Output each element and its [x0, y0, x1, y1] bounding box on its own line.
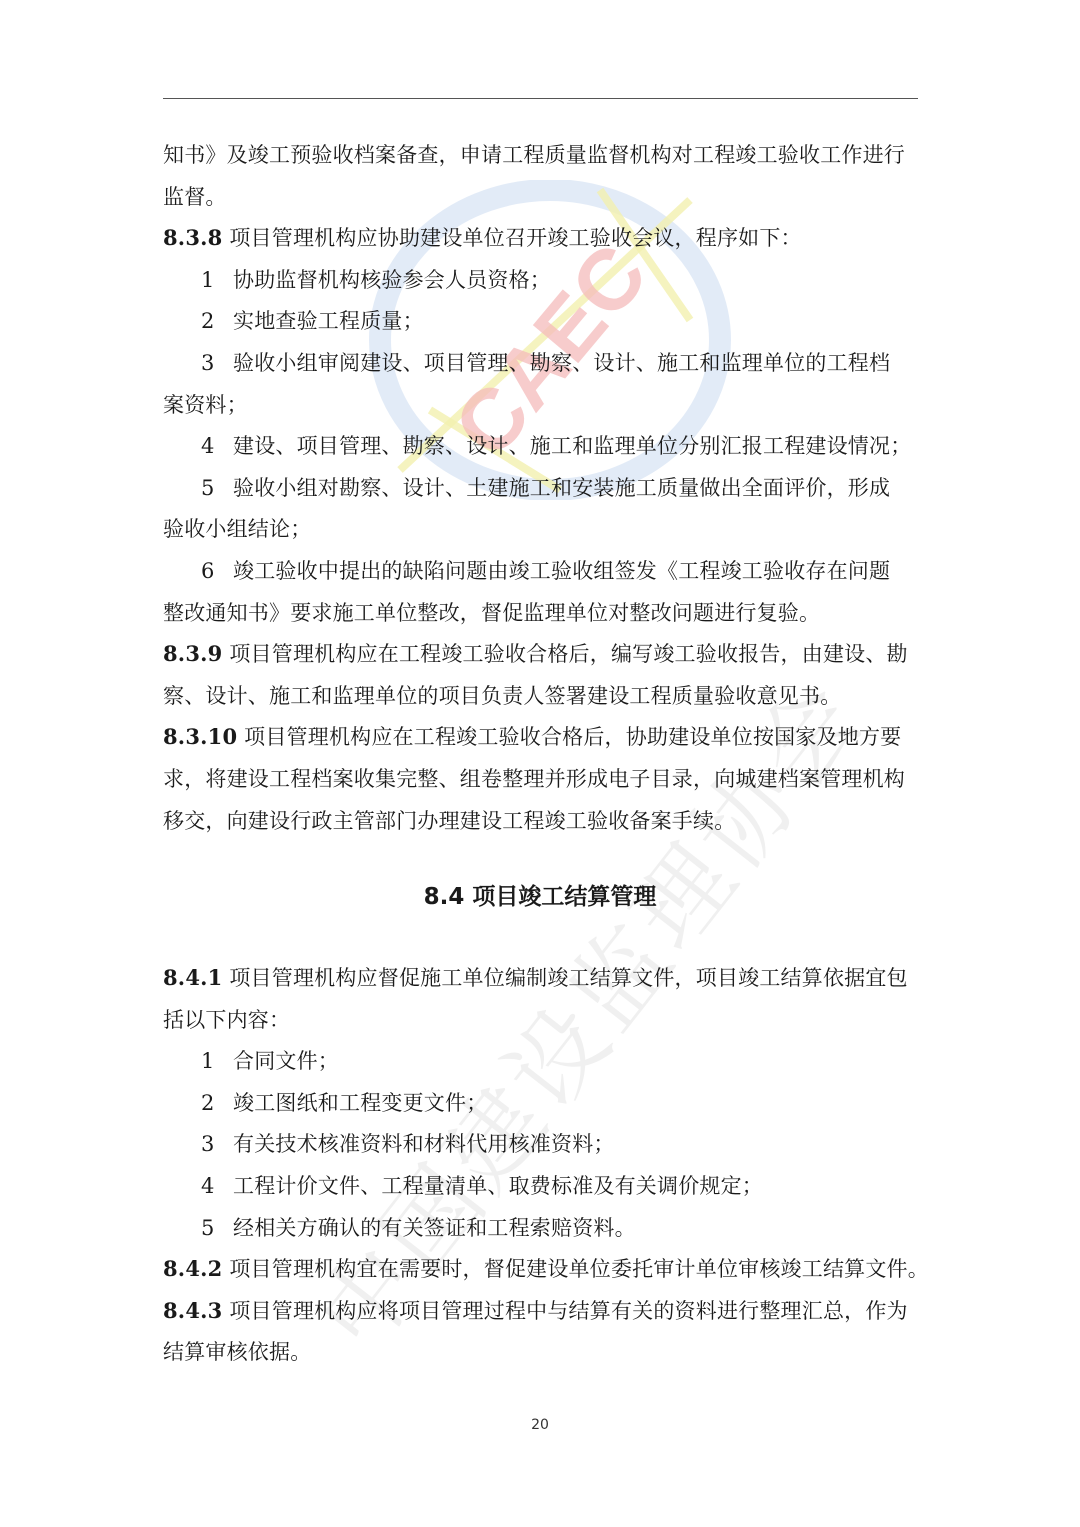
line-text: 经相关方确认的有关签证和工程索赔资料。 [233, 1216, 636, 1240]
line-text: 合同文件； [233, 1049, 339, 1073]
list-item-number: 1 [201, 1040, 233, 1082]
section-heading: 8.4 项目竣工结算管理 [0, 876, 1080, 918]
line-text: 项目管理机构宜在需要时，督促建设单位委托审计单位审核竣工结算文件。 [222, 1257, 928, 1281]
line-text: 协助监督机构核验参会人员资格； [233, 268, 551, 292]
text-line: 知书》及竣工预验收档案备查，申请工程质量监督机构对工程竣工验收工作进行 [163, 134, 905, 176]
line-text: 知书》及竣工预验收档案备查，申请工程质量监督机构对工程竣工验收工作进行 [163, 143, 905, 167]
list-item: 3有关技术核准资料和材料代用核准资料； [201, 1123, 615, 1165]
line-text: 监督。 [163, 185, 227, 209]
list-item: 5经相关方确认的有关签证和工程索赔资料。 [201, 1207, 636, 1249]
line-text: 实地查验工程质量； [233, 309, 424, 333]
line-text: 工程计价文件、工程量清单、取费标准及有关调价规定； [233, 1174, 763, 1198]
line-text: 竣工图纸和工程变更文件； [233, 1091, 487, 1115]
list-item: 1协助监督机构核验参会人员资格； [201, 259, 551, 301]
list-item-number: 5 [201, 1207, 233, 1249]
line-text: 项目管理机构应在工程竣工验收合格后，协助建设单位按国家及地方要 [237, 725, 901, 749]
line-text: 验收小组对勘察、设计、土建施工和安装施工质量做出全面评价，形成 [233, 476, 890, 500]
list-item: 4工程计价文件、工程量清单、取费标准及有关调价规定； [201, 1165, 763, 1207]
list-item: 5验收小组对勘察、设计、土建施工和安装施工质量做出全面评价，形成 [201, 467, 890, 509]
clause-number: 8.4.2 [163, 1256, 222, 1281]
list-item: 2实地查验工程质量； [201, 300, 424, 342]
line-text: 验收小组结论； [163, 517, 311, 541]
clause-line: 8.4.1 项目管理机构应督促施工单位编制竣工结算文件，项目竣工结算依据宜包 [163, 957, 908, 999]
list-item-number: 2 [201, 300, 233, 342]
document-page: CAEC 中国建设监理协会 知书》及竣工预验收档案备查，申请工程质量监督机构对工… [0, 0, 1080, 1527]
clause-number: 8.4.1 [163, 965, 222, 990]
text-line: 括以下内容： [163, 999, 290, 1041]
text-line: 察、设计、施工和监理单位的项目负责人签署建设工程质量验收意见书。 [163, 675, 841, 717]
line-text: 整改通知书》要求施工单位整改，督促监理单位对整改问题进行复验。 [163, 601, 820, 625]
line-text: 建设、项目管理、勘察、设计、施工和监理单位分别汇报工程建设情况； [233, 434, 911, 458]
line-text: 案资料； [163, 393, 248, 417]
list-item: 6竣工验收中提出的缺陷问题由竣工验收组签发《工程竣工验收存在问题 [201, 550, 890, 592]
list-item-number: 3 [201, 342, 233, 384]
clause-line: 8.3.9 项目管理机构应在工程竣工验收合格后，编写竣工验收报告，由建设、勘 [163, 633, 908, 675]
text-line: 验收小组结论； [163, 508, 311, 550]
text-line: 移交，向建设行政主管部门办理建设工程竣工验收备案手续。 [163, 800, 735, 842]
line-text: 竣工验收中提出的缺陷问题由竣工验收组签发《工程竣工验收存在问题 [233, 559, 890, 583]
clause-line: 8.4.3 项目管理机构应将项目管理过程中与结算有关的资料进行整理汇总，作为 [163, 1290, 908, 1332]
line-text: 项目管理机构应将项目管理过程中与结算有关的资料进行整理汇总，作为 [222, 1299, 907, 1323]
text-line: 求，将建设工程档案收集完整、组卷整理并形成电子目录，向城建档案管理机构 [163, 758, 905, 800]
list-item: 4建设、项目管理、勘察、设计、施工和监理单位分别汇报工程建设情况； [201, 425, 911, 467]
list-item-number: 3 [201, 1123, 233, 1165]
text-line: 整改通知书》要求施工单位整改，督促监理单位对整改问题进行复验。 [163, 592, 820, 634]
list-item-number: 2 [201, 1082, 233, 1124]
line-text: 项目管理机构应在工程竣工验收合格后，编写竣工验收报告，由建设、勘 [222, 642, 907, 666]
list-item-number: 1 [201, 259, 233, 301]
text-line: 监督。 [163, 176, 227, 218]
list-item-number: 6 [201, 550, 233, 592]
list-item-number: 4 [201, 1165, 233, 1207]
clause-number: 8.4.3 [163, 1298, 222, 1323]
clause-line: 8.3.8 项目管理机构应协助建设单位召开竣工验收会议，程序如下： [163, 217, 802, 259]
text-line: 案资料； [163, 384, 248, 426]
list-item: 1合同文件； [201, 1040, 339, 1082]
line-text: 项目管理机构应督促施工单位编制竣工结算文件，项目竣工结算依据宜包 [222, 966, 907, 990]
clause-line: 8.4.2 项目管理机构宜在需要时，督促建设单位委托审计单位审核竣工结算文件。 [163, 1248, 929, 1290]
line-text: 有关技术核准资料和材料代用核准资料； [233, 1132, 615, 1156]
list-item-number: 5 [201, 467, 233, 509]
list-item-number: 4 [201, 425, 233, 467]
line-text: 验收小组审阅建设、项目管理、勘察、设计、施工和监理单位的工程档 [233, 351, 890, 375]
text-line: 结算审核依据。 [163, 1331, 311, 1373]
line-text: 括以下内容： [163, 1008, 290, 1032]
line-text: 项目管理机构应协助建设单位召开竣工验收会议，程序如下： [222, 226, 801, 250]
list-item: 2竣工图纸和工程变更文件； [201, 1082, 487, 1124]
line-text: 求，将建设工程档案收集完整、组卷整理并形成电子目录，向城建档案管理机构 [163, 767, 905, 791]
list-item: 3验收小组审阅建设、项目管理、勘察、设计、施工和监理单位的工程档 [201, 342, 890, 384]
clause-number: 8.3.10 [163, 724, 237, 749]
clause-number: 8.3.8 [163, 225, 222, 250]
clause-number: 8.3.9 [163, 641, 222, 666]
line-text: 结算审核依据。 [163, 1340, 311, 1364]
header-rule [163, 98, 918, 99]
page-number: 20 [0, 1417, 1080, 1433]
line-text: 察、设计、施工和监理单位的项目负责人签署建设工程质量验收意见书。 [163, 684, 841, 708]
clause-line: 8.3.10 项目管理机构应在工程竣工验收合格后，协助建设单位按国家及地方要 [163, 716, 901, 758]
line-text: 移交，向建设行政主管部门办理建设工程竣工验收备案手续。 [163, 809, 735, 833]
